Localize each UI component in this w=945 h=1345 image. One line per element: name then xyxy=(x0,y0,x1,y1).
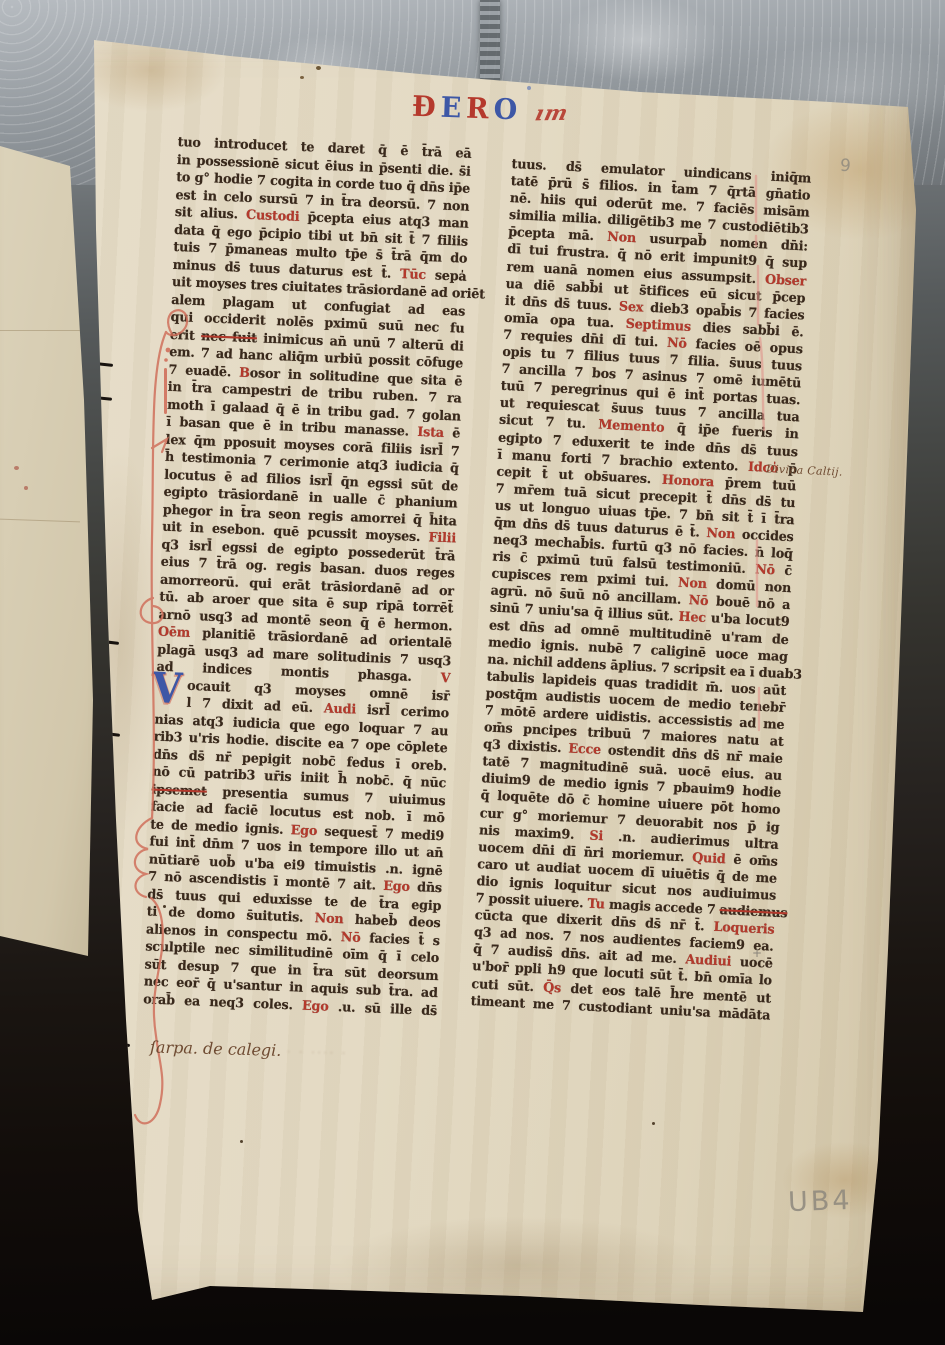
sewing-notch xyxy=(106,732,120,737)
running-title-letter: O xyxy=(493,93,523,127)
sewing-notch xyxy=(121,1212,136,1217)
ruling-line xyxy=(0,519,80,523)
pencil-cross-mark: + xyxy=(752,946,762,960)
blue-dot-mark xyxy=(527,86,531,90)
marginal-note-bottom-text: ſarpa. de calegi. xyxy=(150,1037,282,1059)
folio-number: 9 xyxy=(839,156,851,177)
stain-speck xyxy=(240,1140,243,1143)
red-speck xyxy=(24,486,28,490)
stain-speck xyxy=(316,66,321,70)
running-title: ĐEROım xyxy=(412,91,569,127)
running-title-letter: E xyxy=(440,92,467,125)
sewing-notch xyxy=(97,396,112,401)
sewing-notch xyxy=(103,640,119,645)
red-margin-strokes xyxy=(746,168,776,728)
running-title-flourish: ım xyxy=(533,100,571,125)
sewing-notch xyxy=(96,362,113,367)
stain-speck xyxy=(652,1122,655,1125)
red-speck xyxy=(14,466,19,470)
running-title-letter: Đ xyxy=(411,91,441,125)
shelfmark-pencil: UB4 xyxy=(787,1185,853,1218)
stain-speck xyxy=(300,76,304,79)
ruling-line xyxy=(0,330,80,331)
photo-of-manuscript-leaf: ĐEROım 9 V tuo introducet te daret q̄ ē … xyxy=(0,0,945,1345)
running-title-letter: R xyxy=(466,92,495,125)
manuscript-leaf: ĐEROım 9 V tuo introducet te daret q̄ ē … xyxy=(0,0,945,1345)
red-penwork-flourish xyxy=(120,298,204,1138)
erased-smudge: · · ···· · xyxy=(286,1045,348,1062)
